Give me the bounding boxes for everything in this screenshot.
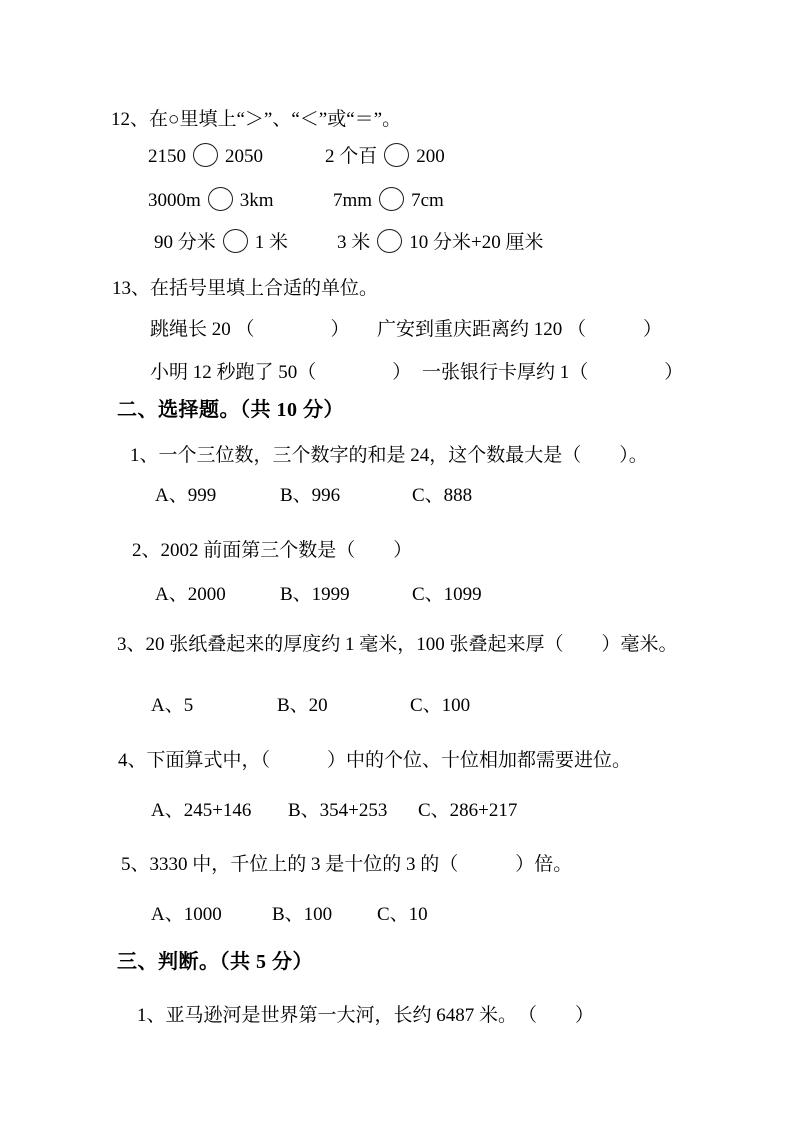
- answer-circle: [377, 229, 402, 253]
- answer-circle: [223, 229, 248, 253]
- comparison-value: 7mm: [333, 190, 372, 211]
- comparison-row-2: 3000m3km 7mm7cm: [0, 187, 793, 217]
- comparison-value: 10 分米+20 厘米: [409, 232, 543, 253]
- section-choice-heading: 二、选择题。（共 10 分）: [117, 397, 344, 424]
- choice-question-3: 3、20 张纸叠起来的厚度约 1 毫米，100 张叠起来厚（ ）毫米。: [117, 631, 678, 658]
- comparison-value: 2150: [148, 146, 186, 167]
- choice-option-a: A、5: [151, 692, 193, 719]
- choice-option-b: B、996: [280, 482, 340, 509]
- choice-option-b: B、354+253: [288, 797, 387, 824]
- choice-option-b: B、100: [272, 901, 332, 928]
- answer-circle: [208, 187, 233, 211]
- question-12-title: 12、在○里填上“＞”、“＜”或“＝”。: [111, 106, 401, 133]
- comparison-value: 200: [416, 146, 445, 167]
- judge-answer-blank: （ ）: [518, 1002, 594, 1029]
- judge-question-1: 1、亚马逊河是世界第一大河，长约 6487 米。: [137, 1002, 517, 1029]
- choice-option-c: C、888: [412, 482, 472, 509]
- question-13-title: 13、在括号里填上合适的单位。: [112, 275, 378, 302]
- answer-circle: [384, 143, 409, 167]
- comparison-value: 1 米: [255, 232, 288, 253]
- choice-question-4-options: A、245+146 B、354+253 C、286+217: [0, 797, 793, 827]
- comparison-row-1: 21502050 2 个百200: [0, 143, 793, 173]
- comparison-value: 3 米: [337, 232, 370, 253]
- comparison-pair: 3000m3km: [148, 187, 274, 214]
- unit-fill-row-2: 小明 12 秒跑了 50（ ） 一张银行卡厚约 1（ ）: [0, 359, 793, 389]
- comparison-value: 2050: [225, 146, 263, 167]
- comparison-value: 90 分米: [154, 232, 216, 253]
- comparison-pair: 21502050: [148, 143, 263, 170]
- choice-question-4: 4、下面算式中，（ ）中的个位、十位相加都需要进位。: [118, 747, 631, 774]
- choice-option-a: A、2000: [155, 581, 226, 608]
- unit-fill-right: 广安到重庆距离约 120 （ ）: [377, 316, 662, 343]
- choice-option-b: B、20: [277, 692, 328, 719]
- comparison-value: 3000m: [148, 190, 201, 211]
- choice-question-1-options: A、999 B、996 C、888: [0, 482, 793, 512]
- choice-question-2: 2、2002 前面第三个数是（ ）: [132, 537, 412, 564]
- comparison-pair: 2 个百200: [325, 143, 445, 170]
- comparison-pair: 90 分米1 米: [154, 229, 288, 256]
- choice-option-c: C、1099: [412, 581, 482, 608]
- choice-question-1: 1、一个三位数，三个数字的和是 24，这个数最大是（ ）。: [130, 442, 648, 469]
- unit-fill-right: 一张银行卡厚约 1（ ）: [422, 359, 683, 386]
- comparison-pair: 3 米10 分米+20 厘米: [337, 229, 543, 256]
- choice-question-5: 5、3330 中，千位上的 3 是十位的 3 的（ ）倍。: [121, 851, 572, 878]
- unit-fill-left: 小明 12 秒跑了 50（ ）: [150, 359, 411, 386]
- comparison-value: 2 个百: [325, 146, 377, 167]
- judge-question-1-row: 1、亚马逊河是世界第一大河，长约 6487 米。 （ ）: [0, 1002, 793, 1032]
- choice-option-c: C、10: [377, 901, 428, 928]
- exam-page: 12、在○里填上“＞”、“＜”或“＝”。 21502050 2 个百200 30…: [0, 0, 793, 1122]
- section-judge-heading: 三、判断。（共 5 分）: [117, 949, 313, 976]
- choice-option-c: C、100: [410, 692, 470, 719]
- choice-question-5-options: A、1000 B、100 C、10: [0, 901, 793, 931]
- unit-fill-row-1: 跳绳长 20 （ ） 广安到重庆距离约 120 （ ）: [0, 316, 793, 346]
- choice-question-3-options: A、5 B、20 C、100: [0, 692, 793, 722]
- answer-circle: [379, 187, 404, 211]
- choice-option-a: A、999: [155, 482, 216, 509]
- choice-option-a: A、245+146: [151, 797, 251, 824]
- comparison-value: 7cm: [411, 190, 444, 211]
- choice-option-c: C、286+217: [418, 797, 517, 824]
- comparison-pair: 7mm7cm: [333, 187, 444, 214]
- choice-question-2-options: A、2000 B、1999 C、1099: [0, 581, 793, 611]
- comparison-row-3: 90 分米1 米 3 米10 分米+20 厘米: [0, 229, 793, 259]
- unit-fill-left: 跳绳长 20 （ ）: [150, 316, 350, 343]
- answer-circle: [193, 143, 218, 167]
- choice-option-a: A、1000: [151, 901, 222, 928]
- choice-option-b: B、1999: [280, 581, 350, 608]
- comparison-value: 3km: [240, 190, 274, 211]
